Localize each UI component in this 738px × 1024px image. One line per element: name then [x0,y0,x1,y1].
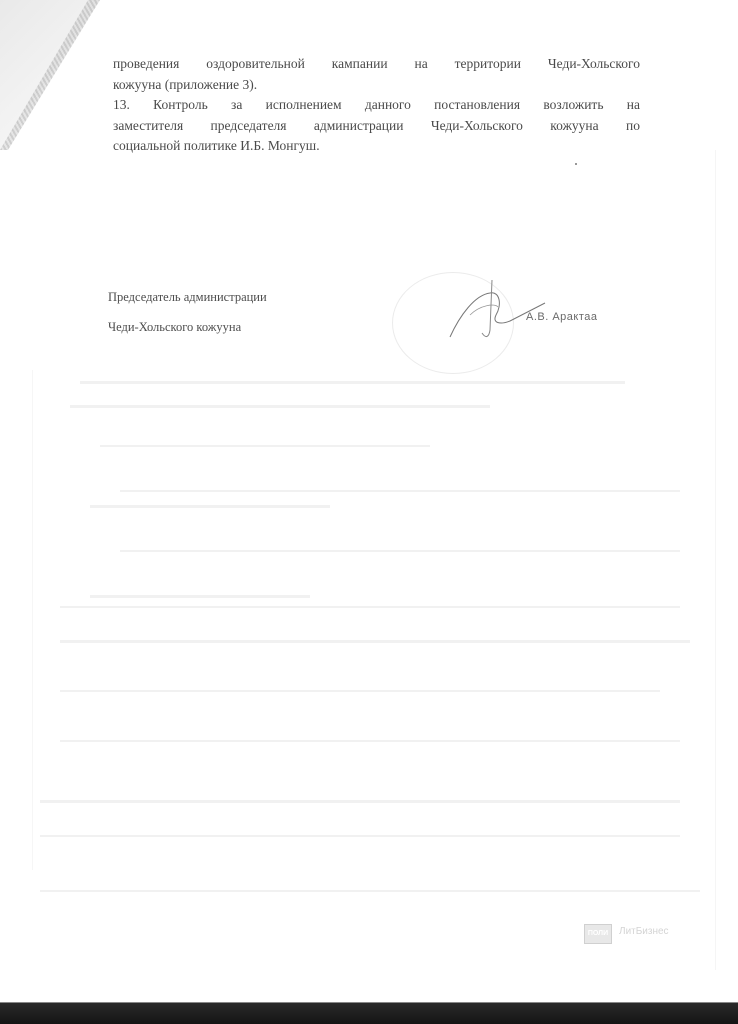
watermark-label: ЛитБизнес [619,926,669,937]
scanner-border [0,1002,738,1024]
speck [575,163,577,165]
paragraph-line: социальной политике И.Б. Монгуш. [113,136,640,157]
document-body: проведения оздоровительной кампании на т… [113,54,640,157]
signatory-name: А.В. Арактаа [526,311,598,323]
paragraph-line: проведения оздоровительной кампании на т… [113,54,640,75]
scanned-page: проведения оздоровительной кампании на т… [0,0,738,1024]
signatory-title: Председатель администрации [108,290,267,305]
scanner-logo-icon: ПОЛИ [584,924,612,944]
paragraph-line: заместителя председателя администрации Ч… [113,116,640,137]
paragraph-line: кожууна (приложение 3). [113,75,640,96]
paragraph-line: 13. Контроль за исполнением данного пост… [113,95,640,116]
signatory-organization: Чеди-Хольского кожууна [108,320,241,335]
